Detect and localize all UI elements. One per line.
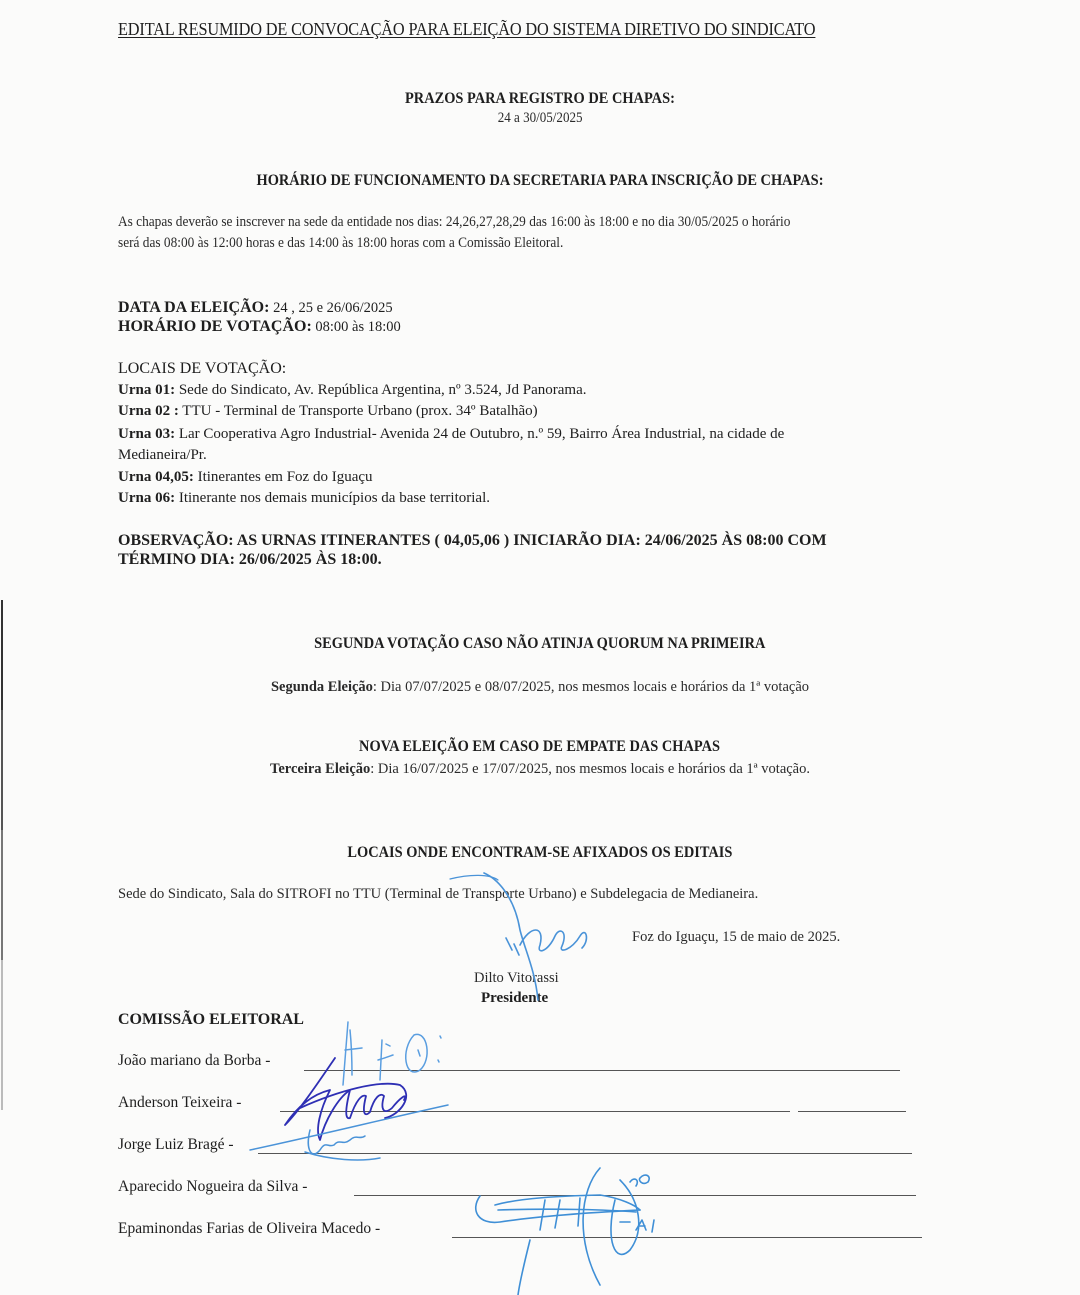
scan-edge-mark <box>1 960 3 1110</box>
commission-member: Aparecido Nogueira da Silva - <box>118 1178 307 1196</box>
signature-line <box>258 1153 912 1154</box>
posting-heading-text: LOCAIS ONDE ENCONTRAM-SE AFIXADOS OS EDI… <box>347 844 732 862</box>
signature-line <box>452 1237 922 1238</box>
urn-text: Lar Cooperativa Agro Industrial- Avenida… <box>175 426 784 442</box>
posting-heading: LOCAIS ONDE ENCONTRAM-SE AFIXADOS OS EDI… <box>0 844 1080 862</box>
office-hours-heading: HORÁRIO DE FUNCIONAMENTO DA SECRETARIA P… <box>0 172 1080 190</box>
observation-line-2: TÉRMINO DIA: 26/06/2025 ÀS 18:00. <box>118 550 382 569</box>
commission-member: João mariano da Borba - <box>118 1052 270 1070</box>
office-hours-heading-text: HORÁRIO DE FUNCIONAMENTO DA SECRETARIA P… <box>256 172 823 190</box>
third-vote-heading-text: NOVA ELEIÇÃO EM CASO DE EMPATE DAS CHAPA… <box>360 738 721 756</box>
signature-line <box>304 1070 900 1071</box>
urn-label: Urna 01: <box>118 382 175 398</box>
second-vote-detail: : Dia 07/07/2025 e 08/07/2025, nos mesmo… <box>373 679 809 695</box>
urn-04-05: Urna 04,05: Itinerantes em Foz do Iguaçu <box>118 469 373 486</box>
election-date-label: DATA DA ELEIÇÃO: <box>118 299 269 316</box>
urn-label: Urna 04,05: <box>118 469 194 485</box>
third-vote-heading: NOVA ELEIÇÃO EM CASO DE EMPATE DAS CHAPA… <box>0 738 1080 756</box>
urn-03-continued: Medianeira/Pr. <box>118 447 207 464</box>
urn-06: Urna 06: Itinerante nos demais município… <box>118 490 490 507</box>
commission-member: Epaminondas Farias de Oliveira Macedo - <box>118 1220 380 1238</box>
registration-heading: PRAZOS PARA REGISTRO DE CHAPAS: <box>0 90 1080 108</box>
observation-line-1: OBSERVAÇÃO: AS URNAS ITINERANTES ( 04,05… <box>118 531 827 550</box>
voting-hours-value: 08:00 às 18:00 <box>312 319 401 335</box>
urn-text: TTU - Terminal de Transporte Urbano (pro… <box>179 403 538 419</box>
second-vote-text: Segunda Eleição: Dia 07/07/2025 e 08/07/… <box>0 679 1080 696</box>
urn-label: Urna 02 : <box>118 403 179 419</box>
third-vote-detail: : Dia 16/07/2025 e 17/07/2025, nos mesmo… <box>370 761 810 777</box>
urn-label: Urna 03: <box>118 426 175 442</box>
document-title: EDITAL RESUMIDO DE CONVOCAÇÃO PARA ELEIÇ… <box>118 19 815 40</box>
commission-heading: COMISSÃO ELEITORAL <box>118 1011 304 1029</box>
election-date: DATA DA ELEIÇÃO: 24 , 25 e 26/06/2025 <box>118 299 393 317</box>
office-hours-line-1: As chapas deverão se inscrever na sede d… <box>118 214 790 231</box>
urn-01: Urna 01: Sede do Sindicato, Av. Repúblic… <box>118 382 586 399</box>
commission-member: Jorge Luiz Bragé - <box>118 1136 234 1154</box>
signature-line <box>354 1195 916 1196</box>
commission-member: Anderson Teixeira - <box>118 1094 241 1112</box>
member-1-signature-icon <box>343 1022 441 1085</box>
posting-text: Sede do Sindicato, Sala do SITROFI no TT… <box>118 886 758 903</box>
third-vote-label: Terceira Eleição <box>270 761 370 777</box>
third-vote-text: Terceira Eleição: Dia 16/07/2025 e 17/07… <box>0 761 1080 778</box>
member-5-signature-icon <box>476 1168 654 1295</box>
urn-03: Urna 03: Lar Cooperativa Agro Industrial… <box>118 426 1013 443</box>
place-date: Foz do Iguaçu, 15 de maio de 2025. <box>632 929 840 946</box>
office-hours-line-2: será das 08:00 às 12:00 horas e das 14:0… <box>118 235 563 252</box>
signature-line <box>798 1111 906 1112</box>
member-3-signature-icon <box>250 1105 448 1160</box>
election-date-value: 24 , 25 e 26/06/2025 <box>269 300 392 316</box>
urn-text: Itinerantes em Foz do Iguaçu <box>194 469 373 485</box>
registration-dates: 24 a 30/05/2025 <box>0 110 1080 127</box>
voting-hours-label: HORÁRIO DE VOTAÇÃO: <box>118 318 312 335</box>
urn-02: Urna 02 : TTU - Terminal de Transporte U… <box>118 403 538 420</box>
urn-label: Urna 06: <box>118 490 175 506</box>
urn-text: Sede do Sindicato, Av. República Argenti… <box>175 382 586 398</box>
second-vote-label: Segunda Eleição <box>271 679 373 695</box>
urn-text: Itinerante nos demais municípios da base… <box>175 490 490 506</box>
second-vote-heading: SEGUNDA VOTAÇÃO CASO NÃO ATINJA QUORUM N… <box>0 635 1080 653</box>
signature-line <box>280 1111 790 1112</box>
registration-heading-text: PRAZOS PARA REGISTRO DE CHAPAS: <box>405 90 675 108</box>
voting-hours: HORÁRIO DE VOTAÇÃO: 08:00 às 18:00 <box>118 318 401 336</box>
president-name: Dilto Vitorassi <box>474 970 559 987</box>
registration-dates-text: 24 a 30/05/2025 <box>498 110 583 127</box>
voting-locations-heading: LOCAIS DE VOTAÇÃO: <box>118 360 286 378</box>
second-vote-heading-text: SEGUNDA VOTAÇÃO CASO NÃO ATINJA QUORUM N… <box>314 635 765 653</box>
president-role: Presidente <box>481 990 548 1007</box>
